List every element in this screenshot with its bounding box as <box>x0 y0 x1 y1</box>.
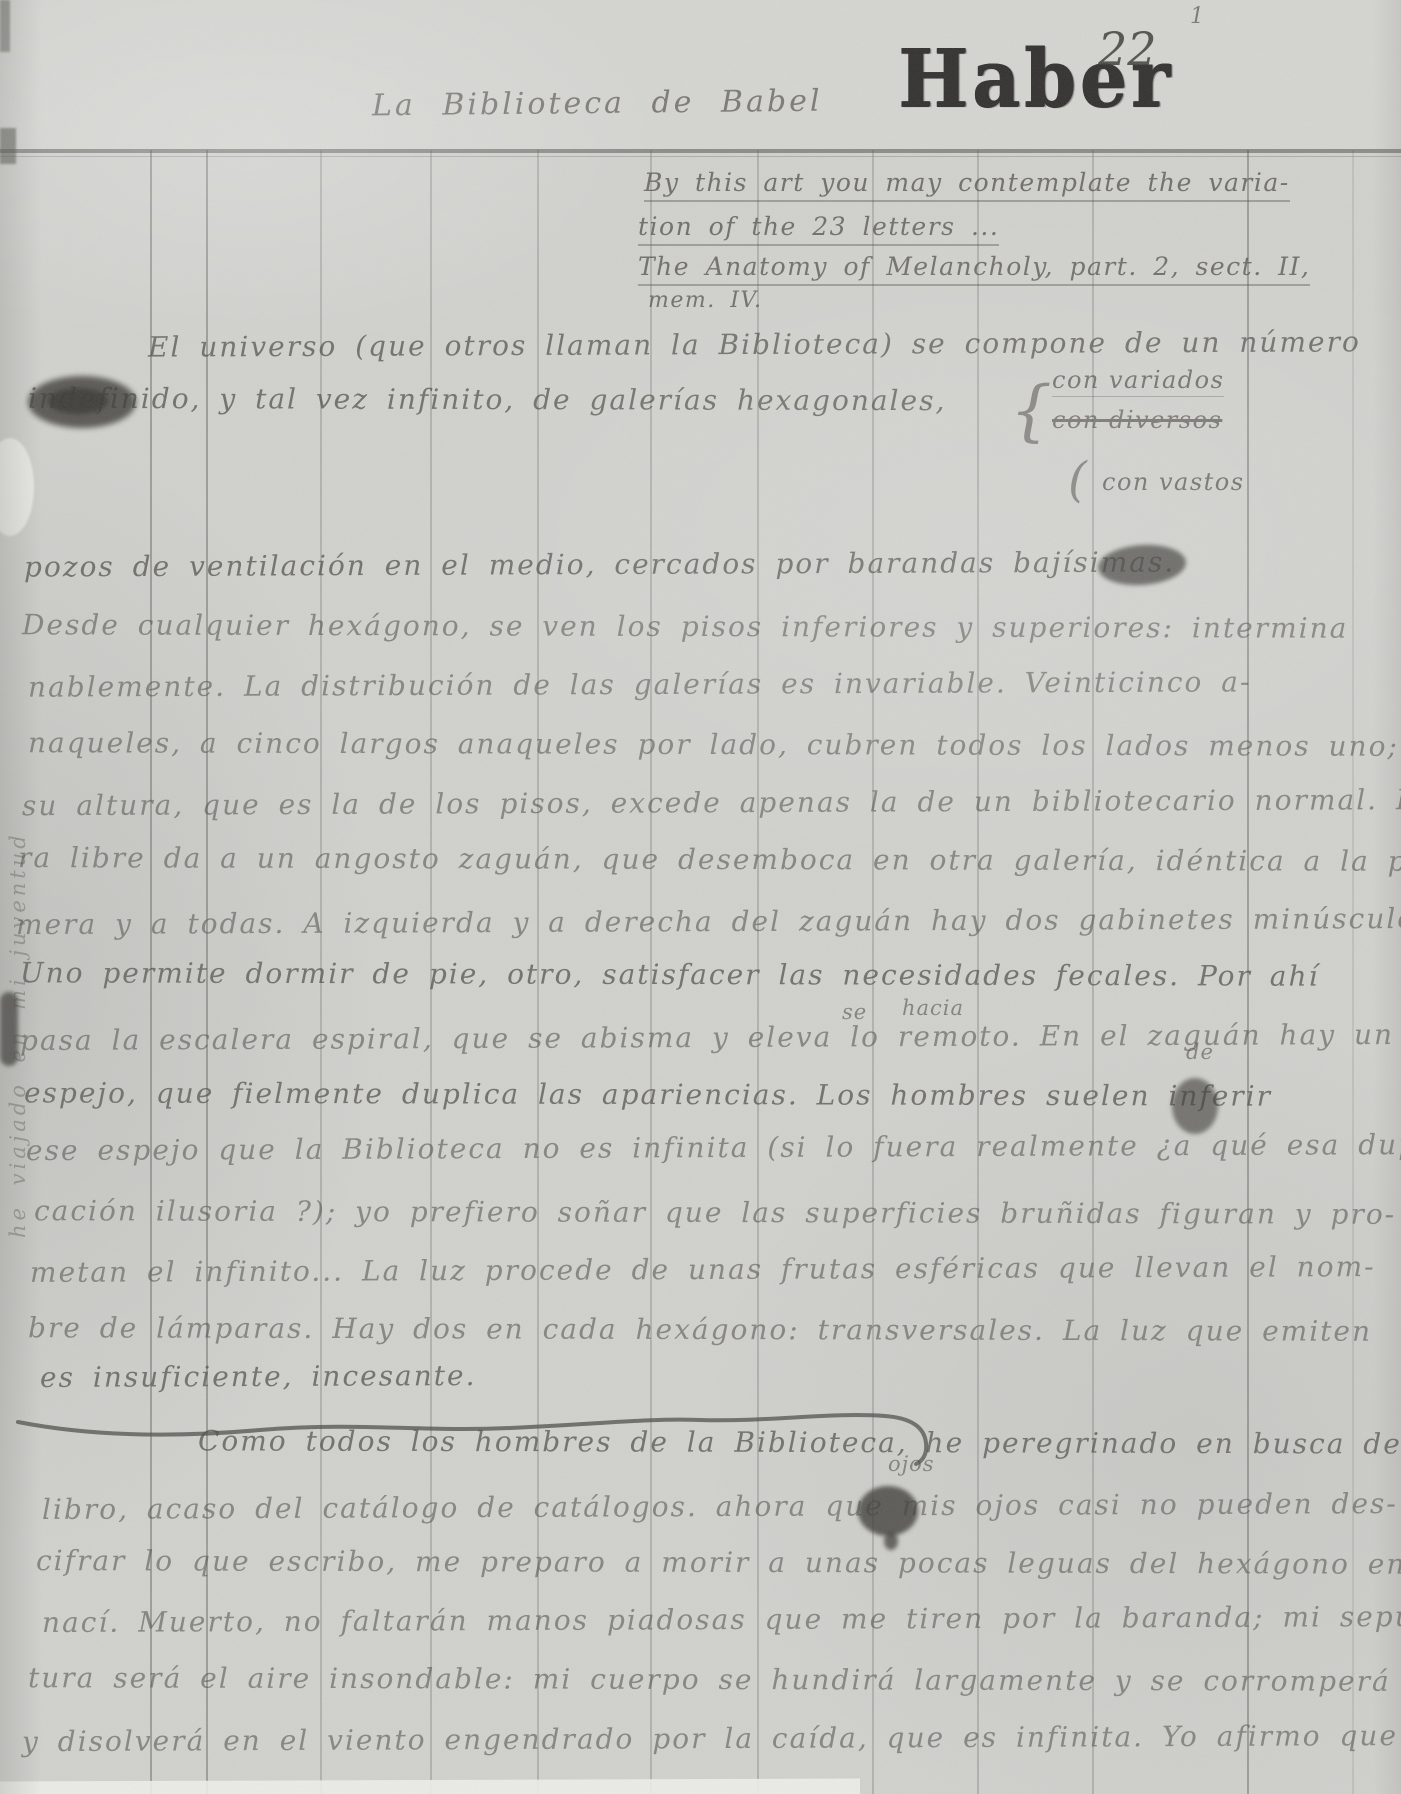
insertion-word: hacia <box>902 996 964 1020</box>
manuscript-line: El universo (que otros llaman la Bibliot… <box>148 325 1361 363</box>
margin-variant-inserted: con variados <box>1052 366 1224 397</box>
manuscript-line: Uno permite dormir de pie, otro, satisfa… <box>20 956 1320 992</box>
epigraph-line-4: mem. IV. <box>648 288 762 313</box>
manuscript-line: espejo, que fielmente duplica las aparie… <box>24 1076 1272 1112</box>
manuscript-line: su altura, que es la de los pisos, exced… <box>22 783 1401 822</box>
epigraph-line-3: The Anatomy of Melancholy, part. 2, sect… <box>638 252 1310 286</box>
brace-glyph: { <box>1010 372 1052 449</box>
manuscript-line: naqueles, a cinco largos anaqueles por l… <box>28 726 1399 763</box>
page-title: La Biblioteca de Babel <box>372 84 823 124</box>
margin-variant-final: con vastos <box>1102 468 1245 496</box>
top-rule-sub <box>0 156 1401 157</box>
manuscript-line: y disolverá en el viento engendrado por … <box>22 1719 1401 1758</box>
ink-blot <box>0 992 18 1066</box>
manuscript-line: libro, acaso del catálogo de catálogos. … <box>42 1487 1398 1526</box>
insertion-word: se <box>842 1000 867 1024</box>
manuscript-line: es insuficiente, incesante. <box>40 1359 477 1394</box>
corner-mark: 1 <box>1190 4 1204 29</box>
margin-variant-struck: con diversos <box>1052 406 1222 434</box>
scan-edge-artifact <box>0 0 10 52</box>
manuscript-line: cifrar lo que escribo, me preparo a mori… <box>36 1544 1401 1581</box>
ink-blot <box>858 1486 918 1536</box>
ink-blot <box>1172 1078 1218 1134</box>
manuscript-line: tura será el aire insondable: mi cuerpo … <box>28 1661 1391 1698</box>
ink-blot <box>884 1532 898 1550</box>
manuscript-line: Como todos los hombres de la Biblioteca,… <box>198 1424 1401 1460</box>
manuscript-line: mera y a todas. A izquierda y a derecha … <box>16 902 1401 941</box>
page-number: 22 <box>1098 22 1157 76</box>
scan-edge-artifact <box>0 1778 860 1794</box>
manuscript-line: indefinido, y tal vez infinito, de galer… <box>28 382 946 417</box>
manuscript-line: cación ilusoria ?); yo prefiero soñar qu… <box>34 1194 1396 1231</box>
manuscript-line: pozos de ventilación en el medio, cercad… <box>24 545 1175 583</box>
ink-blot <box>48 388 108 414</box>
insertion-word: ojos <box>888 1452 935 1476</box>
insertion-word: de <box>1186 1040 1214 1064</box>
paper-chip <box>0 438 34 536</box>
manuscript-line: nablemente. La distribución de las galer… <box>28 665 1252 703</box>
epigraph-line-1: By this art you may contemplate the vari… <box>644 168 1290 202</box>
manuscript-page: Haber 22 1 La Biblioteca de Babel By thi… <box>0 0 1401 1794</box>
manuscript-line: bre de lámparas. Hay dos en cada hexágon… <box>28 1311 1372 1348</box>
manuscript-line: ra libre da a un angosto zaguán, que des… <box>18 841 1401 878</box>
manuscript-line: metan el infinito... La luz procede de u… <box>30 1250 1376 1289</box>
scan-edge-artifact <box>0 128 16 164</box>
manuscript-line: Desde cualquier hexágono, se ven los pis… <box>22 608 1348 644</box>
manuscript-line: nací. Muerto, no faltarán manos piadosas… <box>42 1600 1401 1639</box>
paren-glyph: ( <box>1068 452 1087 508</box>
epigraph-line-2: tion of the 23 letters ... <box>638 212 999 246</box>
top-rule <box>0 149 1401 153</box>
